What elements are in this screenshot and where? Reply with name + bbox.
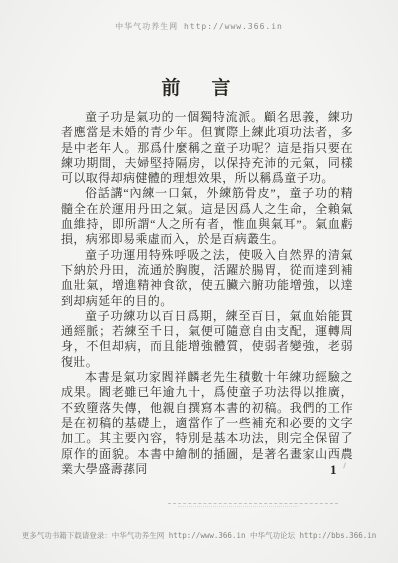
paragraph: 本書是氣功家閻祥麟老先生積數十年練功經驗之成果。閻老雖已年逾九十，爲使童子功法得… <box>61 370 353 477</box>
paragraph: 童子功運用特殊呼吸之法，使吸入自然界的清氣下納於丹田，流通於胸腹，活躍於腸胃，從… <box>61 248 353 309</box>
scanned-book-page: 中华气功养生网 http://www.366.in 前 言 童子功是氣功的一個獨… <box>0 0 398 563</box>
page-number: 1 <box>330 462 337 478</box>
scan-artifact-line <box>178 506 298 507</box>
paragraph: 童子功是氣功的一個獨特流派。顧名思義，練功者應當是未婚的青少年。但實際上練此項功… <box>61 110 353 186</box>
watermark-header: 中华气功养生网 http://www.366.in <box>0 21 398 32</box>
watermark-footer: 更多气功书籍下载请登录：中华气功养生网 http://www.366.in 中华… <box>0 530 398 541</box>
scan-artifact-line <box>168 503 338 504</box>
paragraph: 俗話講“內練一口氣，外練筋骨皮”，童子功的精髓全在於運用丹田之氣。這是因爲人之生… <box>61 186 353 247</box>
paragraph: 童子功練功以百日爲期，練至百日，氣血始能貫通經脈；若練至千日，氣便可隨意自由支配… <box>61 309 353 370</box>
preface-body: 童子功是氣功的一個獨特流派。顧名思義，練功者應當是未婚的青少年。但實際上練此項功… <box>61 110 353 477</box>
page-title: 前 言 <box>0 73 398 100</box>
